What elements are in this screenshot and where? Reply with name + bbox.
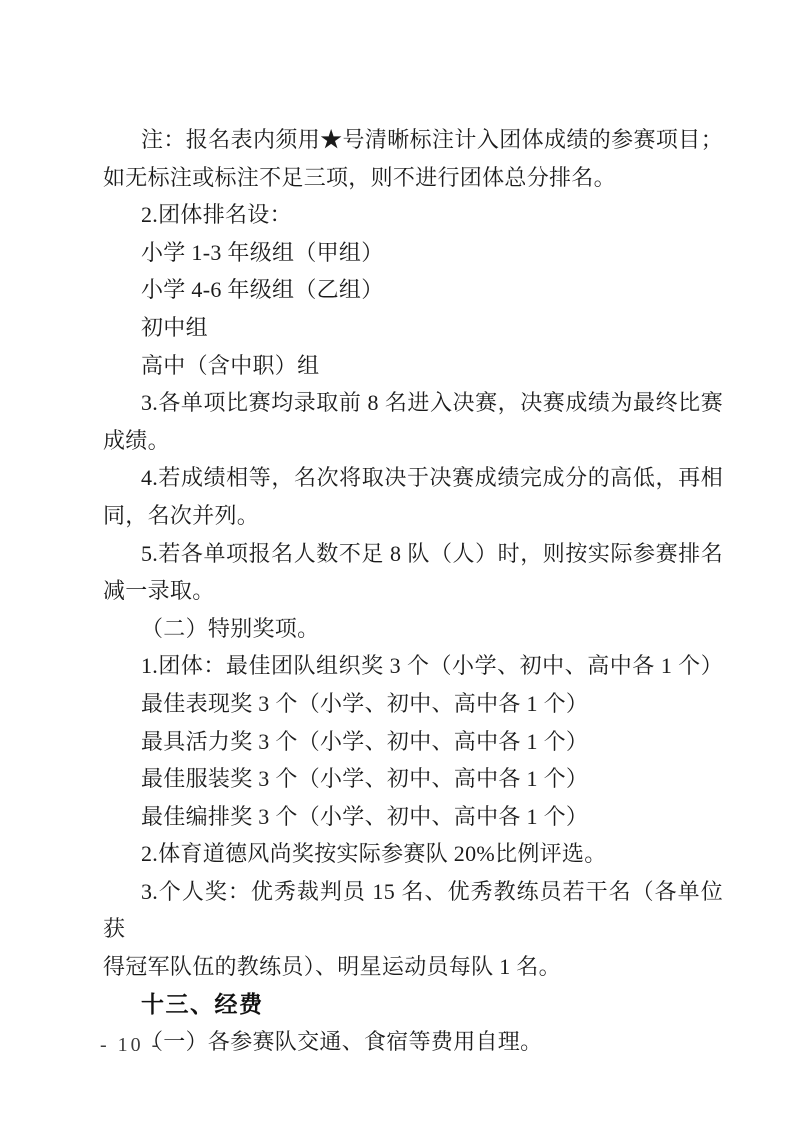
text-line: 成绩。	[103, 422, 723, 460]
text-line: 同，名次并列。	[103, 497, 723, 535]
text-line: 3.个人奖：优秀裁判员 15 名、优秀教练员若干名（各单位获	[103, 873, 723, 948]
text-line: 高中（含中职）组	[103, 347, 723, 385]
text-line: 得冠军队伍的教练员）、明星运动员每队 1 名。	[103, 948, 723, 986]
text-line: 2.团体排名设：	[103, 196, 723, 234]
text-line: （二）特别奖项。	[103, 610, 723, 648]
text-line: 1.团体：最佳团队组织奖 3 个（小学、初中、高中各 1 个）	[103, 647, 723, 685]
text-line: 最佳服装奖 3 个（小学、初中、高中各 1 个）	[103, 760, 723, 798]
text-line: 3.各单项比赛均录取前 8 名进入决赛，决赛成绩为最终比赛	[103, 384, 723, 422]
text-line: 4.若成绩相等，名次将取决于决赛成绩完成分的高低，再相	[103, 459, 723, 497]
text-line: 减一录取。	[103, 572, 723, 610]
text-line: 小学 1-3 年级组（甲组）	[103, 234, 723, 272]
text-line: 小学 4-6 年级组（乙组）	[103, 271, 723, 309]
text-line: 最佳表现奖 3 个（小学、初中、高中各 1 个）	[103, 685, 723, 723]
text-line: 注：报名表内须用★号清晰标注计入团体成绩的参赛项目；	[103, 121, 723, 159]
text-line: （一）各参赛队交通、食宿等费用自理。	[103, 1023, 723, 1061]
text-line: 2.体育道德风尚奖按实际参赛队 20%比例评选。	[103, 835, 723, 873]
text-line: 5.若各单项报名人数不足 8 队（人）时，则按实际参赛排名	[103, 535, 723, 573]
text-line: 初中组	[103, 309, 723, 347]
section-heading-funding: 十三、经费	[103, 986, 723, 1024]
document-page: 注：报名表内须用★号清晰标注计入团体成绩的参赛项目； 如无标注或标注不足三项，则…	[0, 0, 800, 1131]
text-line: 如无标注或标注不足三项，则不进行团体总分排名。	[103, 159, 723, 197]
document-body: 注：报名表内须用★号清晰标注计入团体成绩的参赛项目； 如无标注或标注不足三项，则…	[103, 121, 723, 1061]
text-line: 最佳编排奖 3 个（小学、初中、高中各 1 个）	[103, 798, 723, 836]
text-line: 最具活力奖 3 个（小学、初中、高中各 1 个）	[103, 723, 723, 761]
page-number: - 10 -	[100, 1033, 161, 1057]
